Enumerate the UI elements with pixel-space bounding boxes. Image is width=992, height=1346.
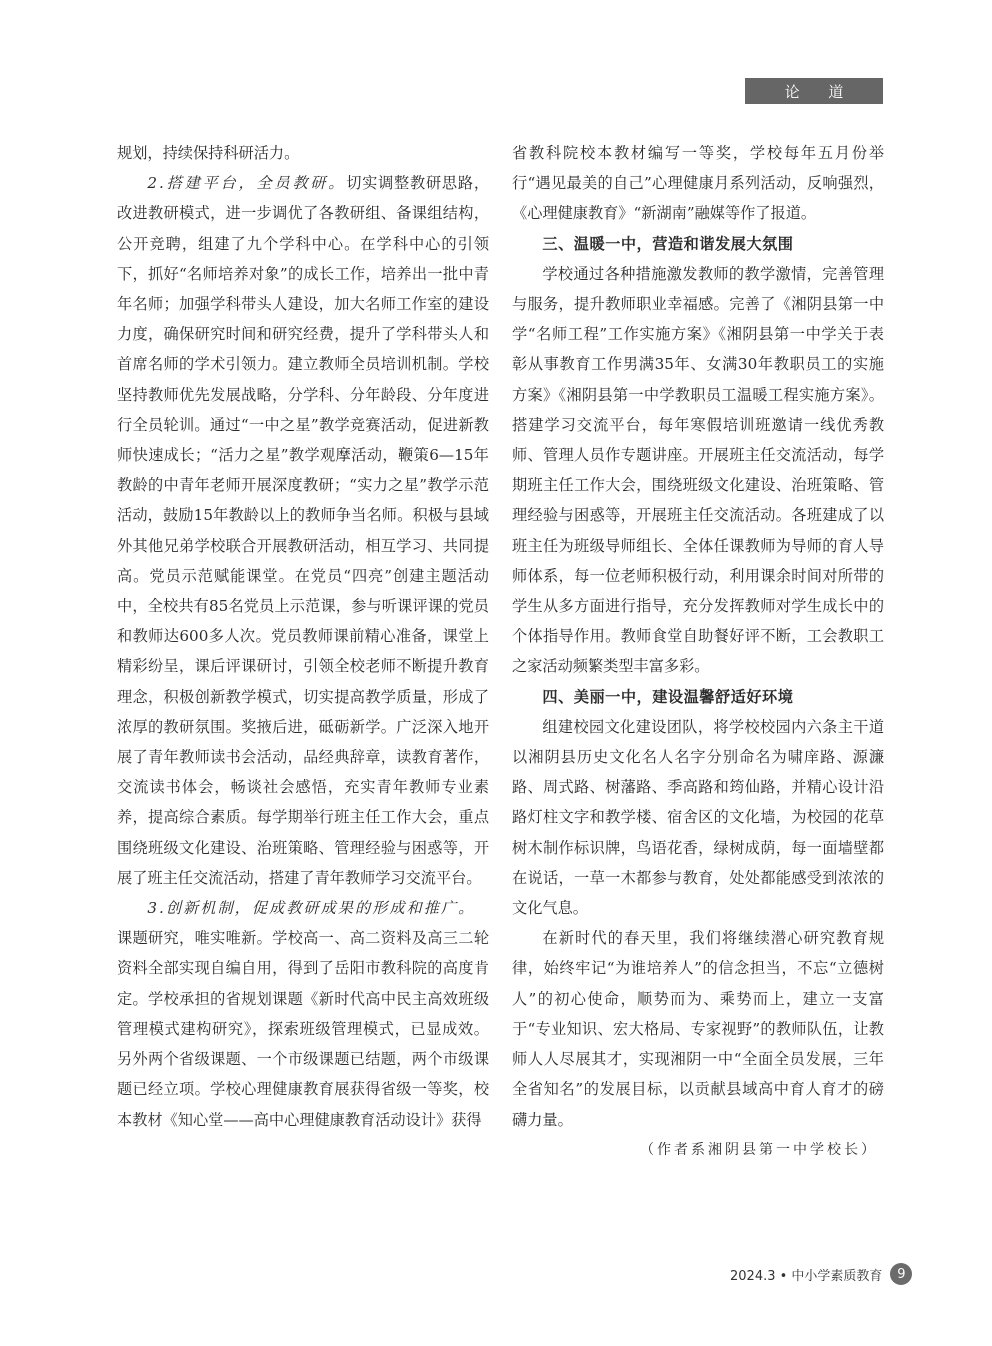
left-column: 规划，持续保持科研活力。 2.搭建平台，全员教研。切实调整教研思路，改进教研模式… (117, 138, 489, 1135)
paragraph-body: 切实调整教研思路，改进教研模式，进一步调优了各教研组、备课组结构，公开竞聘，组建… (117, 174, 489, 887)
paragraph: 组建校园文化建设团队，将学校校园内六条主干道以湘阴县历史文化名人名字分别命名为啸… (512, 712, 884, 923)
paragraph: 在新时代的春天里，我们将继续潜心研究教育规律，始终牢记“为谁培养人”的信念担当，… (512, 923, 884, 1134)
paragraph: 3.创新机制，促成教研成果的形成和推广。 (117, 893, 489, 923)
section-heading: 四、美丽一中，建设温馨舒适好环境 (512, 682, 884, 712)
paragraph: 课题研究，唯实唯新。学校高一、高二资料及高三二轮资料全部实现自编自用，得到了岳阳… (117, 923, 489, 1134)
paragraph: 省教科院校本教材编写一等奖，学校每年五月份举行“遇见最美的自己”心理健康月系列活… (512, 138, 884, 229)
page-number: 9 (890, 1263, 912, 1285)
paragraph-lead: 2.搭建平台，全员教研。 (147, 174, 346, 192)
right-column: 省教科院校本教材编写一等奖，学校每年五月份举行“遇见最美的自己”心理健康月系列活… (512, 138, 884, 1165)
page-footer: 2024.3 • 中小学素质教育 9 (730, 1262, 912, 1286)
section-tag: 论 道 (745, 78, 883, 104)
paragraph: 规划，持续保持科研活力。 (117, 138, 489, 168)
paragraph: 学校通过各种措施激发教师的教学激情，完善管理与服务，提升教师职业幸福感。完善了《… (512, 259, 884, 682)
issue-label: 2024.3 • 中小学素质教育 (730, 1265, 882, 1284)
paragraph: 2.搭建平台，全员教研。切实调整教研思路，改进教研模式，进一步调优了各教研组、备… (117, 168, 489, 893)
paragraph-lead: 3.创新机制，促成教研成果的形成和推广。 (147, 899, 475, 917)
section-heading: 三、温暖一中，营造和谐发展大氛围 (512, 229, 884, 259)
author-byline: （作者系湘阴县第一中学校长） (512, 1135, 884, 1165)
